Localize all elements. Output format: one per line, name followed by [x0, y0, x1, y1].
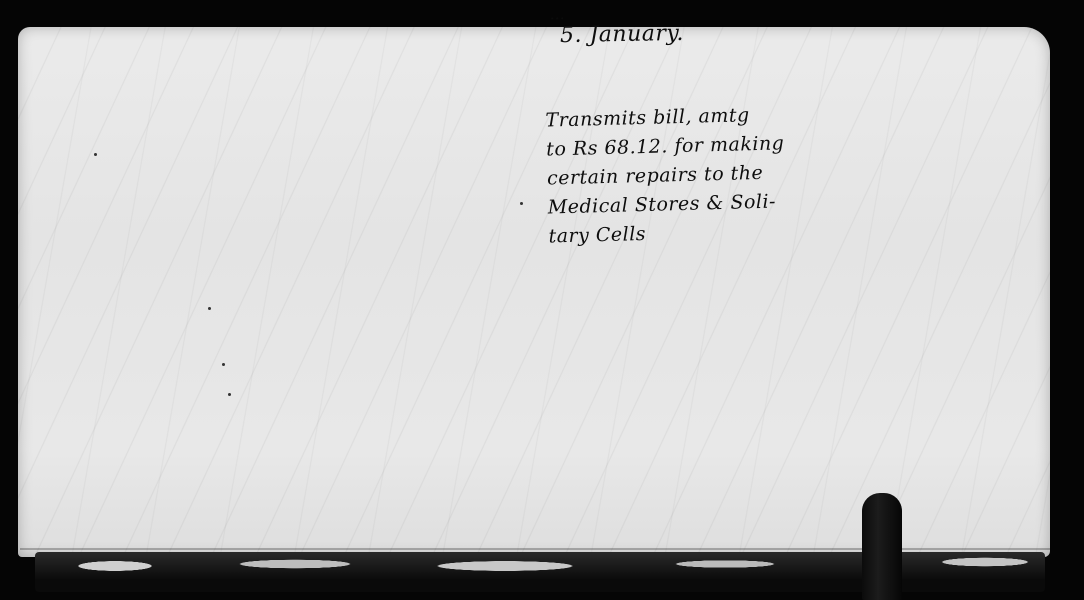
docket-note: Transmits bill, amtg to Rs 68.12. for ma… — [545, 99, 819, 251]
paper-speck — [94, 153, 97, 156]
binding-clip — [862, 493, 902, 600]
date-header-text: 5. January. — [560, 21, 684, 48]
date-header-cut-off-text: … — [549, 5, 565, 23]
paper-sheet — [18, 27, 1050, 557]
paper-speck — [208, 307, 211, 310]
date-header: … 5. January. — [560, 21, 684, 48]
paper-speck — [228, 393, 231, 396]
paper-speck — [520, 202, 523, 205]
scanned-document: … 5. January. Transmits bill, amtg to Rs… — [0, 0, 1084, 600]
paper-speck — [222, 363, 225, 366]
